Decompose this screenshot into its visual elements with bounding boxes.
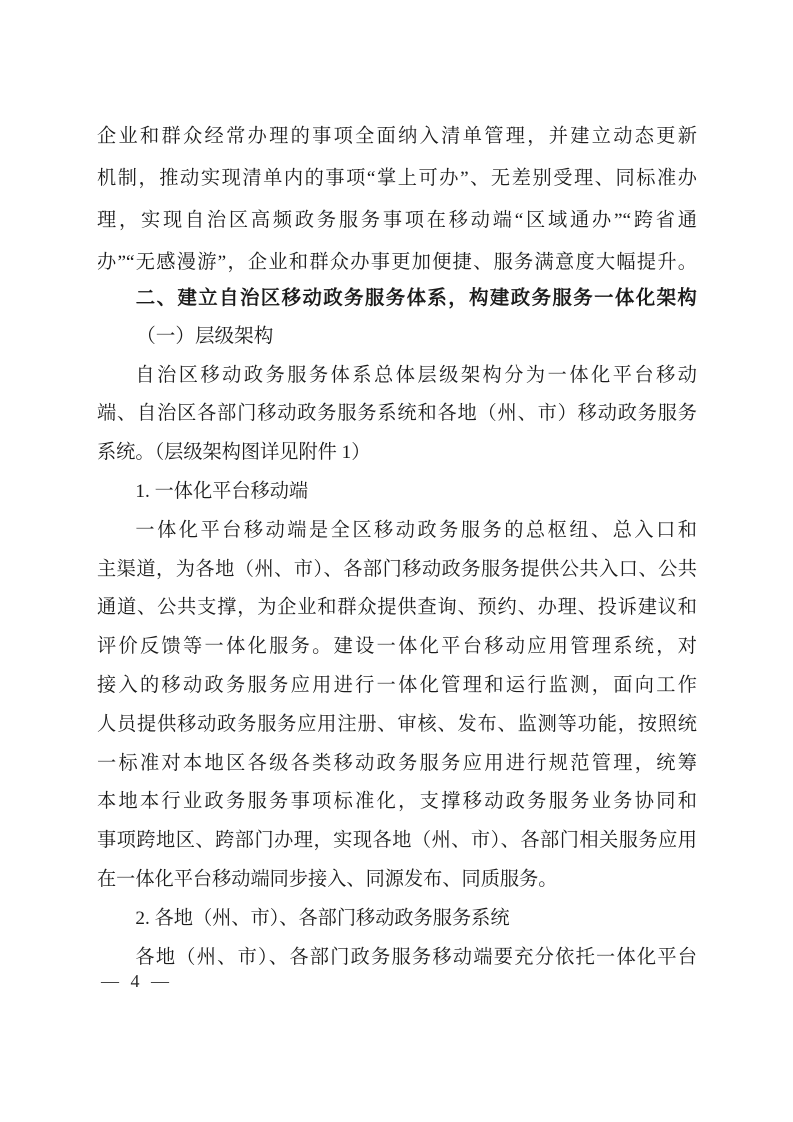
document-body: 企业和群众经常办理的事项全面纳入清单管理，并建立动态更新 机制，推动实现清单内的… xyxy=(97,116,697,977)
doc-line: 评价反馈等一体化服务。建设一体化平台移动应用管理系统，对 xyxy=(97,628,697,667)
doc-line: 接入的移动政务服务应用进行一体化管理和运行监测，面向工作 xyxy=(97,667,697,706)
doc-line: 人员提供移动政务服务应用注册、审核、发布、监测等功能，按照统 xyxy=(97,706,697,745)
subsection-heading: （一）层级架构 xyxy=(97,318,697,357)
doc-line: 事项跨地区、跨部门办理，实现各地（州、市）、各部门相关服务应用 xyxy=(97,822,697,861)
doc-line: 机制，推动实现清单内的事项“掌上可办”、无差别受理、同标准办 xyxy=(97,158,697,200)
doc-line: 办”“无感漫游”，企业和群众办事更加便捷、服务满意度大幅提升。 xyxy=(97,242,697,284)
doc-line: 主渠道，为各地（州、市）、各部门移动政务服务提供公共入口、公共 xyxy=(97,551,697,590)
numbered-item-2-heading: 2. 各地（州、市）、各部门移动政务服务系统 xyxy=(97,900,697,939)
numbered-item-1-heading: 1. 一体化平台移动端 xyxy=(97,473,697,512)
doc-line: 端、自治区各部门移动政务服务系统和各地（州、市）移动政务服务 xyxy=(97,395,697,434)
doc-line: 自治区移动政务服务体系总体层级架构分为一体化平台移动 xyxy=(97,357,697,396)
document-page: 企业和群众经常办理的事项全面纳入清单管理，并建立动态更新 机制，推动实现清单内的… xyxy=(0,0,793,1122)
doc-line: 各地（州、市）、各部门政务服务移动端要充分依托一体化平台 xyxy=(97,939,697,978)
doc-line: 在一体化平台移动端同步接入、同源发布、同质服务。 xyxy=(97,861,697,900)
doc-line: 企业和群众经常办理的事项全面纳入清单管理，并建立动态更新 xyxy=(97,116,697,158)
doc-line: 一体化平台移动端是全区移动政务服务的总枢纽、总入口和 xyxy=(97,512,697,551)
section-heading: 二、建立自治区移动政务服务体系，构建政务服务一体化架构 xyxy=(97,279,697,318)
doc-line: 系统。（层级架构图详见附件 1） xyxy=(97,434,697,473)
doc-line: 通道、公共支撑，为企业和群众提供查询、预约、办理、投诉建议和 xyxy=(97,589,697,628)
page-number: — 4 — xyxy=(101,971,169,992)
section-two: 二、建立自治区移动政务服务体系，构建政务服务一体化架构 （一）层级架构 自治区移… xyxy=(97,279,697,977)
doc-line: 理，实现自治区高频政务服务事项在移动端“区域通办”“跨省通 xyxy=(97,200,697,242)
doc-line: 本地本行业政务服务事项标准化，支撑移动政务服务业务协同和 xyxy=(97,783,697,822)
paragraph-continuation: 企业和群众经常办理的事项全面纳入清单管理，并建立动态更新 机制，推动实现清单内的… xyxy=(97,116,697,284)
doc-line: 一标准对本地区各级各类移动政务服务应用进行规范管理，统筹 xyxy=(97,745,697,784)
